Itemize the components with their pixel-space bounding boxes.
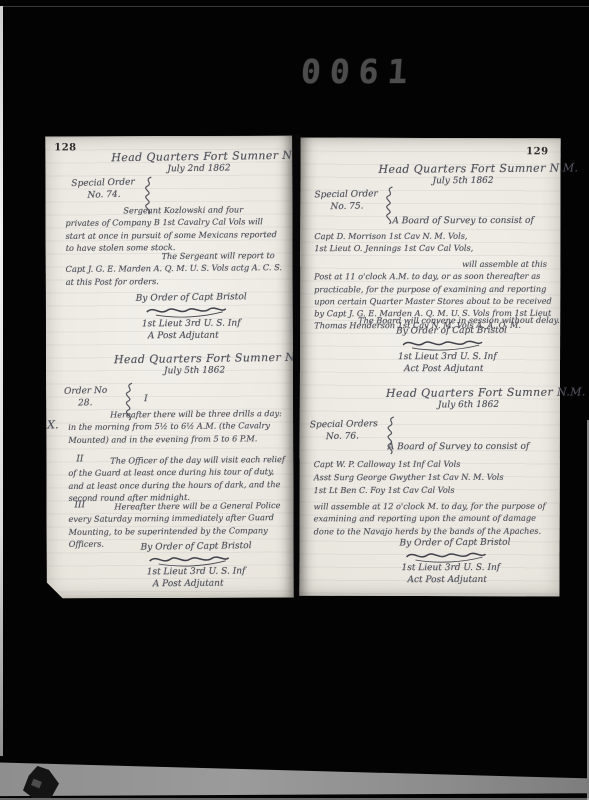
ledger-page-right: 129 Head Quarters Fort Sumner N.M. July …: [299, 138, 560, 597]
order75-signer-rank: 1st Lieut 3rd U. S. Inf: [398, 352, 497, 362]
order75-by-order-line: By Order of Capt Bristol: [396, 326, 507, 337]
order76-signer-rank: 1st Lieut 3rd U. S. Inf: [401, 563, 500, 573]
page-number-left: 128: [54, 142, 76, 153]
order28-signer-rank: 1st Lieut 3rd U. S. Inf: [147, 566, 246, 577]
frame-counter: 0061: [300, 52, 418, 91]
film-edge-top: [0, 6, 589, 7]
order74-heading: Head Quarters Fort Sumner N.M.: [111, 148, 311, 164]
order76-roster-line: Asst Surg George Gwyther 1st Cav N. M. V…: [314, 471, 504, 484]
order28-item2-text: The Officer of the day will visit each r…: [68, 453, 288, 504]
order74-label: Special Order: [71, 177, 135, 189]
scanner-bed-strip: [0, 752, 589, 800]
order28-date: July 5th 1862: [164, 365, 225, 376]
order76-number: No. 76.: [326, 431, 359, 442]
order75-signature-scrawl: [400, 336, 484, 352]
film-edge-left: [0, 6, 3, 756]
microfilm-frame: 0061 128 Head Quarters Fort Sumner N.M. …: [0, 0, 589, 800]
order76-label: Special Orders: [310, 419, 378, 430]
order74-signer-title: A Post Adjutant: [148, 331, 219, 342]
order28-label: Order No: [64, 386, 107, 397]
order28-signer-title: A Post Adjutant: [153, 579, 224, 590]
ledger-page-left: 128 Head Quarters Fort Sumner N.M. July …: [45, 136, 294, 599]
order74-signature-scrawl: [144, 303, 228, 319]
order75-tail: The Board will convene in session withou…: [358, 314, 560, 327]
order75-roster-line: 1st Lieut O. Jennings 1st Cav Cal Vols,: [314, 242, 473, 255]
page-number-right: 129: [526, 146, 548, 157]
order76-body: will assemble at 12 o'clock M. to day, f…: [314, 500, 554, 538]
order76-roster-line: 1st Lt Ben C. Foy 1st Cav Cal Vols: [314, 484, 455, 497]
order76-roster-line: Capt W. P. Calloway 1st Inf Cal Vols: [314, 458, 461, 471]
order76-intro: A Board of Survey to consist of: [388, 442, 529, 452]
order28-number: 28.: [78, 398, 93, 408]
order76-signer-title: Act Post Adjutant: [407, 575, 486, 585]
order75-signer-title: Act Post Adjutant: [404, 364, 483, 374]
order74-signer-rank: 1st Lieut 3rd U. S. Inf: [142, 318, 241, 329]
order74-date: July 2nd 1862: [167, 163, 230, 174]
order28-signature-scrawl: [147, 552, 231, 568]
order28-item1-numeral: I: [144, 394, 148, 404]
order76-date: July 6th 1862: [438, 400, 499, 410]
order28-heading: Head Quarters Fort Sumner N.M.: [114, 350, 314, 366]
order28-item1-text: Hereafter there will be three drills a d…: [68, 407, 284, 446]
order75-date: July 5th 1862: [432, 176, 493, 186]
order75-intro: A Board of Survey to consist of: [392, 216, 533, 226]
order28-margin-mark: X.: [47, 418, 59, 431]
order75-roster-line: Capt D. Morrison 1st Cav N. M. Vols,: [314, 230, 467, 243]
order75-label: Special Order: [314, 189, 378, 200]
order74-paragraph-1: Sergeant Kozlowski and four privates of …: [65, 203, 277, 254]
order74-number: No. 74.: [87, 190, 120, 201]
order74-paragraph-2: The Sergeant will report to Capt J. G. E…: [65, 249, 283, 288]
order75-heading: Head Quarters Fort Sumner N.M.: [378, 161, 578, 176]
order76-by-order-line: By Order of Capt Bristol: [400, 538, 511, 549]
order76-signature-scrawl: [403, 548, 487, 564]
order75-number: No. 75.: [330, 201, 363, 212]
order76-heading: Head Quarters Fort Sumner N.M.: [386, 385, 586, 400]
